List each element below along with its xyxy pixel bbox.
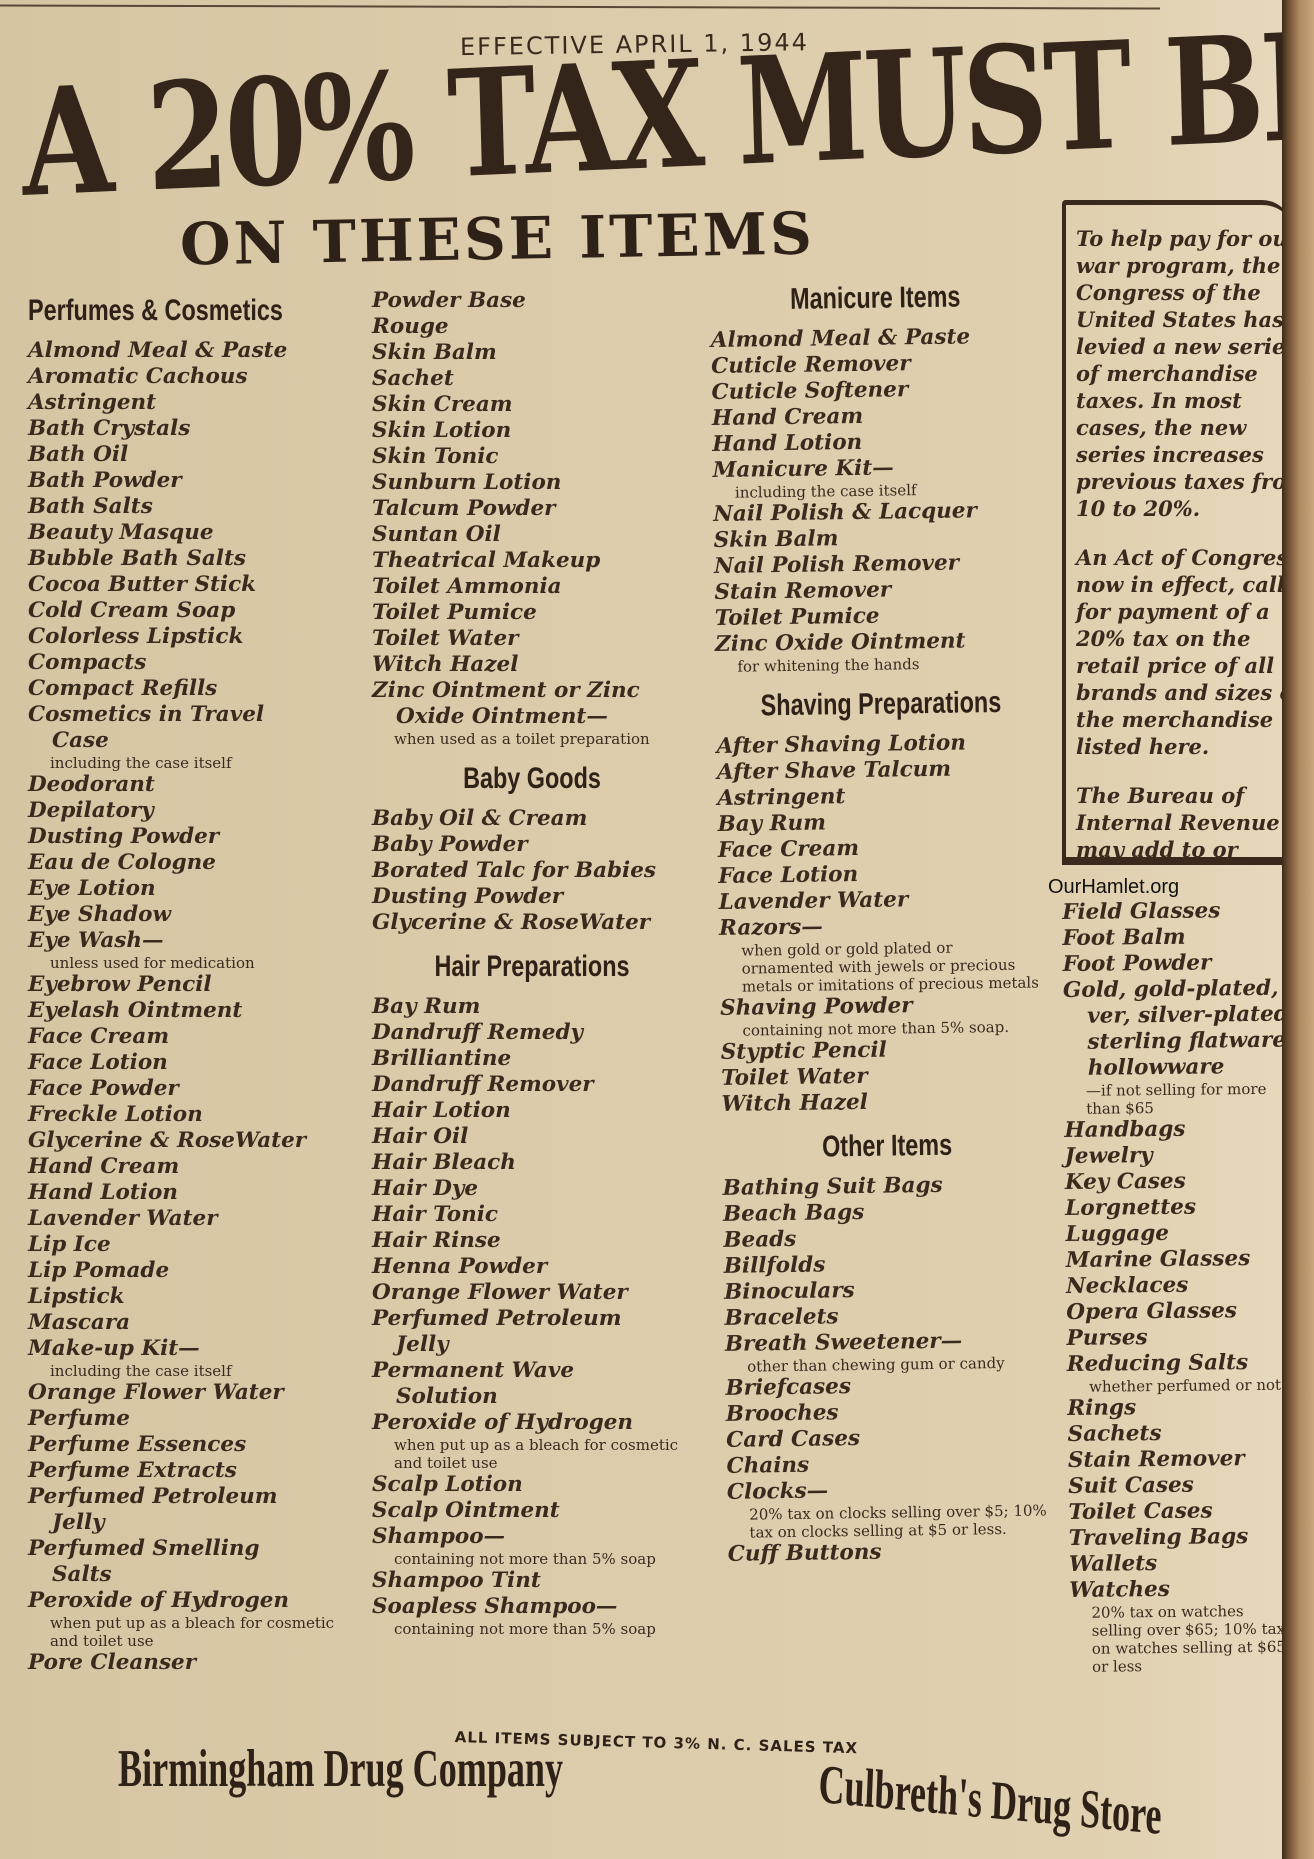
column-1: Perfumes & Cosmetics Almond Meal & Paste… [28, 290, 348, 1676]
list-item: Eyebrow Pencil [28, 972, 348, 998]
item-name: Cuticle Softener [711, 377, 908, 405]
item-name: Pore Cleanser [28, 1650, 196, 1675]
section-title-shaving: Shaving Preparations [752, 686, 1010, 724]
store-name-birmingham: Birmingham Drug Company [118, 1738, 563, 1799]
list-item: Face Cream [28, 1024, 348, 1050]
item-note: including the case itself [28, 1362, 348, 1380]
item-name: Bubble Bath Salts [28, 546, 246, 571]
list-item: Stain Remover [1068, 1446, 1288, 1474]
item-name: Sachets [1067, 1421, 1161, 1447]
list-item: Astringent [28, 390, 348, 416]
item-name: Cuff Buttons [728, 1540, 882, 1567]
list-item: Dandruff Remover [372, 1072, 692, 1098]
item-name: Lavender Water [719, 887, 909, 915]
list-item: Lorgnettes [1065, 1194, 1285, 1222]
item-name: Suntan Oil [372, 522, 501, 547]
item-name: Face Cream [28, 1024, 169, 1049]
item-name: Hair Dye [372, 1176, 478, 1201]
store-name-culbreth: Culbreth's Drug Store [817, 1752, 1162, 1848]
list-item: Orange Flower Water [372, 1280, 692, 1306]
item-list: Powder BaseRougeSkin BalmSachetSkin Crea… [372, 288, 692, 748]
item-note: including the case itself [28, 754, 348, 772]
list-item: Zinc Oxide Ointmentfor whitening the han… [715, 627, 1046, 676]
item-name: Deodorant [28, 772, 155, 797]
list-item: Brilliantine [372, 1046, 692, 1072]
list-item: Traveling Bags [1069, 1524, 1289, 1552]
item-name: Bay Rum [372, 994, 480, 1019]
item-name: Wallets [1069, 1551, 1158, 1577]
item-name: Foot Powder [1063, 950, 1212, 977]
item-name: Purses [1066, 1325, 1147, 1351]
item-name: Astringent [28, 390, 156, 415]
watermark: OurHamlet.org [1048, 876, 1179, 899]
item-name: Witch Hazel [721, 1090, 868, 1117]
list-item: Luggage [1065, 1220, 1285, 1248]
item-name: Glycerine & RoseWater [372, 910, 650, 935]
list-item: Hair Oil [372, 1124, 692, 1150]
item-note: whether perfumed or not [1067, 1376, 1287, 1396]
item-name: Skin Cream [372, 392, 513, 417]
item-name: Powder Base [372, 288, 526, 313]
item-name: Cold Cream Soap [28, 598, 235, 623]
list-item: Depilatory [28, 798, 348, 824]
list-item: Bath Oil [28, 442, 348, 468]
item-name: Shaving Powder [720, 993, 913, 1021]
list-item: Lipstick [28, 1284, 348, 1310]
list-item: Soapless Shampoo—containing not more tha… [372, 1594, 692, 1638]
list-item: Make-up Kit—including the case itself [28, 1336, 348, 1380]
item-name: Perfumed Petroleum [372, 1306, 622, 1331]
list-item: Baby Oil & Cream [372, 806, 692, 832]
item-name: Necklaces [1066, 1273, 1189, 1299]
list-item: Skin Tonic [372, 444, 692, 470]
item-note: when gold or gold plated or ornamented w… [719, 937, 1050, 996]
item-name: Hair Tonic [372, 1202, 498, 1227]
item-name: Eye Wash— [28, 928, 164, 953]
list-item: Cold Cream Soap [28, 598, 348, 624]
list-item: Bath Salts [28, 494, 348, 520]
item-name: Jewelry [1065, 1143, 1153, 1169]
list-item: Razors—when gold or gold plated or ornam… [719, 911, 1050, 996]
list-item: Hair Tonic [372, 1202, 692, 1228]
item-name: Perfume Extracts [28, 1458, 237, 1483]
list-item: Perfumed PetroleumJelly [372, 1306, 692, 1358]
column-3: Manicure Items Almond Meal & PasteCuticl… [710, 275, 1058, 1567]
list-item: Shampoo—containing not more than 5% soap [372, 1524, 692, 1568]
item-name-continued: Case [28, 728, 348, 754]
section-title-other: Other Items [758, 1128, 1016, 1166]
item-name: Stain Remover [1068, 1446, 1245, 1473]
item-name: Borated Talc for Babies [372, 858, 656, 883]
list-item: Suit Cases [1068, 1472, 1288, 1500]
item-name: Eau de Cologne [28, 850, 216, 875]
item-name: Card Cases [726, 1426, 860, 1453]
book-binding-edge [1282, 0, 1314, 1859]
column-4: Field GlassesFoot BalmFoot PowderGold, g… [1062, 898, 1290, 1676]
item-name: Opera Glasses [1066, 1298, 1237, 1325]
item-name: Soapless Shampoo— [372, 1594, 617, 1619]
item-list: Field GlassesFoot BalmFoot PowderGold, g… [1062, 898, 1290, 1676]
item-name: Toilet Pumice [715, 604, 880, 631]
list-item: Glycerine & RoseWater [28, 1128, 348, 1154]
item-name: Brooches [726, 1400, 839, 1427]
item-name: Face Powder [28, 1076, 179, 1101]
item-name: Gold, gold-plated, sil- [1063, 975, 1314, 1003]
item-name: Bracelets [724, 1304, 838, 1331]
list-item: Witch Hazel [721, 1087, 1051, 1118]
list-item: Mascara [28, 1310, 348, 1336]
list-item: Sunburn Lotion [372, 470, 692, 496]
item-name: Dusting Powder [28, 824, 219, 849]
item-list: Almond Meal & PasteCuticle RemoverCuticl… [711, 323, 1046, 676]
info-paragraph: To help pay for our war program, the Con… [1076, 225, 1292, 522]
list-item: Rouge [372, 314, 692, 340]
item-name: Compacts [28, 650, 146, 675]
list-item: Lip Ice [28, 1232, 348, 1258]
section-title-manicure: Manicure Items [746, 280, 1004, 318]
item-name: Face Lotion [718, 862, 858, 889]
item-name: Dandruff Remedy [372, 1020, 583, 1045]
item-name: Handbags [1064, 1117, 1185, 1143]
item-name: Lip Ice [28, 1232, 111, 1257]
item-name: Sachet [372, 366, 454, 391]
item-name-continued: Salts [28, 1562, 348, 1588]
list-item: Jewelry [1065, 1142, 1285, 1170]
item-note: when put up as a bleach for cosmetic and… [28, 1614, 348, 1650]
item-list: After Shaving LotionAfter Shave TalcumAs… [716, 729, 1051, 1118]
list-item: Clocks—20% tax on clocks selling over $5… [727, 1475, 1058, 1542]
item-name: Zinc Oxide Ointment [715, 628, 966, 656]
list-item: Lip Pomade [28, 1258, 348, 1284]
section-title-baby-goods: Baby Goods [407, 762, 657, 796]
item-note: when used as a toilet preparation [372, 730, 692, 748]
list-item: Hand Cream [28, 1154, 348, 1180]
list-item: Reducing Saltswhether perfumed or not [1067, 1350, 1287, 1396]
item-name: Hair Oil [372, 1124, 468, 1149]
list-item: Face Lotion [28, 1050, 348, 1076]
item-name: Almond Meal & Paste [28, 338, 287, 363]
list-item: Compacts [28, 650, 348, 676]
item-name: Skin Tonic [372, 444, 498, 469]
list-item: Hair Dye [372, 1176, 692, 1202]
list-item: Scalp Lotion [372, 1472, 692, 1498]
list-item: Dusting Powder [28, 824, 348, 850]
subheadline: ON THESE ITEMS [179, 199, 815, 278]
item-name: Rings [1067, 1395, 1136, 1421]
item-list: Almond Meal & PasteAromatic CachousAstri… [28, 338, 348, 1676]
item-name: Hair Lotion [372, 1098, 511, 1123]
list-item: Key Cases [1065, 1168, 1285, 1196]
item-name: Theatrical Makeup [372, 548, 600, 573]
item-list: Baby Oil & CreamBaby PowderBorated Talc … [372, 806, 692, 936]
item-name: Lavender Water [28, 1206, 218, 1231]
list-item: Permanent WaveSolution [372, 1358, 692, 1410]
list-item: Perfume [28, 1406, 348, 1432]
item-name: Perfumed Petroleum [28, 1484, 278, 1509]
list-item: Toilet Pumice [372, 600, 692, 626]
item-name-continued: Solution [372, 1384, 692, 1410]
list-item: Peroxide of Hydrogenwhen put up as a ble… [28, 1588, 348, 1650]
list-item: Perfume Extracts [28, 1458, 348, 1484]
list-item: Skin Balm [372, 340, 692, 366]
item-name: Nail Polish Remover [714, 551, 959, 579]
list-item: Field Glasses [1062, 898, 1282, 926]
item-name: Make-up Kit— [28, 1336, 200, 1361]
list-item: Bubble Bath Salts [28, 546, 348, 572]
item-name: Eyebrow Pencil [28, 972, 212, 997]
item-name: Lipstick [28, 1284, 125, 1309]
item-name: Eyelash Ointment [28, 998, 242, 1023]
item-name-continued: Oxide Ointment— [372, 704, 692, 730]
item-name: Talcum Powder [372, 496, 555, 521]
item-name: Toilet Water [372, 626, 518, 651]
item-name: Billfolds [724, 1252, 826, 1278]
top-rule-divider [0, 4, 1160, 9]
list-item: Bay Rum [372, 994, 692, 1020]
item-name: Foot Balm [1062, 925, 1185, 951]
item-name: Razors— [719, 914, 823, 940]
item-name: Perfume [28, 1406, 130, 1431]
list-item: Zinc Ointment or ZincOxide Ointment—when… [372, 678, 692, 748]
list-item: Purses [1066, 1324, 1286, 1352]
list-item: Toilet Cases [1068, 1498, 1288, 1526]
item-name: Hair Bleach [372, 1150, 516, 1175]
item-name: Shampoo— [372, 1524, 505, 1549]
item-name: Toilet Cases [1068, 1498, 1212, 1525]
item-name: Orange Flower Water [372, 1280, 628, 1305]
list-item: Theatrical Makeup [372, 548, 692, 574]
item-name: Suit Cases [1068, 1473, 1194, 1499]
item-name: Henna Powder [372, 1254, 547, 1279]
item-name: Astringent [717, 784, 845, 811]
list-item: Beauty Masque [28, 520, 348, 546]
list-item: Eye Shadow [28, 902, 348, 928]
item-name: Depilatory [28, 798, 154, 823]
item-name: Key Cases [1065, 1169, 1186, 1195]
item-name: Toilet Ammonia [372, 574, 562, 599]
item-name: Toilet Water [721, 1064, 868, 1091]
list-item: Glycerine & RoseWater [372, 910, 692, 936]
list-item: Lavender Water [28, 1206, 348, 1232]
item-name: Beads [723, 1227, 796, 1253]
list-item: Scalp Ointment [372, 1498, 692, 1524]
item-name: Peroxide of Hydrogen [372, 1410, 633, 1435]
item-name: After Shave Talcum [717, 757, 952, 785]
list-item: Eye Wash—unless used for medication [28, 928, 348, 972]
section-title-perfumes: Perfumes & Cosmetics [28, 294, 278, 328]
item-name: Orange Flower Water [28, 1380, 284, 1405]
item-name: Hand Lotion [712, 430, 862, 457]
item-name: Perfumed Smelling [28, 1536, 260, 1561]
item-name: Baby Oil & Cream [372, 806, 587, 831]
list-item: Toilet Ammonia [372, 574, 692, 600]
item-name: Clocks— [727, 1478, 829, 1504]
item-name-continued: Jelly [372, 1332, 692, 1358]
item-name: Beauty Masque [28, 520, 214, 545]
item-name: Skin Lotion [372, 418, 511, 443]
item-name: Freckle Lotion [28, 1102, 203, 1127]
item-name: Glycerine & RoseWater [28, 1128, 306, 1153]
list-item: Hair Lotion [372, 1098, 692, 1124]
item-name: Traveling Bags [1069, 1524, 1249, 1551]
item-name: Binoculars [724, 1278, 855, 1305]
item-name: Sunburn Lotion [372, 470, 561, 495]
list-item: Eyelash Ointment [28, 998, 348, 1024]
list-item: Skin Cream [372, 392, 692, 418]
item-name: Perfume Essences [28, 1432, 246, 1457]
item-name: Peroxide of Hydrogen [28, 1588, 289, 1613]
list-item: Aromatic Cachous [28, 364, 348, 390]
column-2: Powder BaseRougeSkin BalmSachetSkin Crea… [372, 288, 692, 1638]
item-note: —if not selling for more than $65 [1064, 1080, 1284, 1118]
list-item: Skin Lotion [372, 418, 692, 444]
list-item: Suntan Oil [372, 522, 692, 548]
item-name: Breath Sweetener— [725, 1329, 963, 1357]
item-name: Stain Remover [714, 578, 891, 605]
item-name: Scalp Lotion [372, 1472, 523, 1497]
item-name: Baby Powder [372, 832, 528, 857]
list-item: Wallets [1069, 1550, 1289, 1578]
list-item: Shaving Powdercontaining not more than 5… [720, 991, 1051, 1040]
list-item: Dusting Powder [372, 884, 692, 910]
item-note: containing not more than 5% soap [372, 1620, 692, 1638]
info-box: To help pay for our war program, the Con… [1062, 200, 1292, 865]
list-item: Opera Glasses [1066, 1298, 1286, 1326]
item-name: Nail Polish & Lacquer [713, 498, 977, 527]
list-item: Talcum Powder [372, 496, 692, 522]
item-name: Witch Hazel [372, 652, 518, 677]
item-name: Marine Glasses [1066, 1246, 1251, 1273]
list-item: Borated Talc for Babies [372, 858, 692, 884]
item-name: Compact Refills [28, 676, 217, 701]
item-name: Almond Meal & Paste [711, 324, 971, 353]
list-item: Cocoa Butter Stick [28, 572, 348, 598]
item-name: Cocoa Butter Stick [28, 572, 256, 597]
list-item: Colorless Lipstick [28, 624, 348, 650]
list-item: Face Powder [28, 1076, 348, 1102]
item-name: Reducing Salts [1067, 1350, 1249, 1377]
list-item: Almond Meal & Paste [28, 338, 348, 364]
list-item: Eau de Cologne [28, 850, 348, 876]
item-name: Watches [1069, 1577, 1170, 1603]
item-name: Dusting Powder [372, 884, 563, 909]
item-name: Dandruff Remover [372, 1072, 594, 1097]
list-item: Deodorant [28, 772, 348, 798]
item-note: for whitening the hands [715, 653, 1045, 676]
item-name: Styptic Pencil [721, 1038, 887, 1065]
item-name: Field Glasses [1062, 898, 1221, 925]
info-paragraph: The Bureau of Internal Revenue may add t… [1076, 782, 1292, 865]
list-item: Freckle Lotion [28, 1102, 348, 1128]
list-item: Perfume Essences [28, 1432, 348, 1458]
item-name: Hand Lotion [28, 1180, 178, 1205]
item-name: Bath Powder [28, 468, 182, 493]
item-name: Toilet Pumice [372, 600, 537, 625]
item-name: Brilliantine [372, 1046, 511, 1071]
list-item: Bath Crystals [28, 416, 348, 442]
item-note: containing not more than 5% soap [372, 1550, 692, 1568]
item-name: Manicure Kit— [712, 455, 893, 483]
item-name: Skin Balm [713, 526, 838, 553]
item-name: Colorless Lipstick [28, 624, 243, 649]
item-name-continued: hollowware [1064, 1054, 1284, 1082]
list-item: Hair Rinse [372, 1228, 692, 1254]
item-name: Bath Oil [28, 442, 128, 467]
item-name-continued: sterling flatware or [1063, 1028, 1283, 1056]
item-name: Chains [726, 1453, 809, 1479]
item-list: Bathing Suit BagsBeach BagsBeadsBillfold… [723, 1171, 1058, 1568]
item-name: Eye Lotion [28, 876, 156, 901]
item-list: Bay RumDandruff RemedyBrilliantineDandru… [372, 994, 692, 1638]
item-name: Zinc Ointment or Zinc [372, 678, 640, 703]
item-name: Cosmetics in Travel [28, 702, 264, 727]
list-item: Shampoo Tint [372, 1568, 692, 1594]
list-item: Hand Lotion [28, 1180, 348, 1206]
list-item: Henna Powder [372, 1254, 692, 1280]
list-item: Perfumed PetroleumJelly [28, 1484, 348, 1536]
list-item: Manicure Kit—including the case itself [712, 453, 1043, 502]
item-note: unless used for medication [28, 954, 348, 972]
list-item: Rings [1067, 1394, 1287, 1422]
item-name: Lip Pomade [28, 1258, 169, 1283]
item-name: Bathing Suit Bags [723, 1173, 943, 1201]
item-name: Permanent Wave [372, 1358, 574, 1383]
list-item: Dandruff Remedy [372, 1020, 692, 1046]
newspaper-page: EFFECTIVE APRIL 1, 1944 A 20% TAX MUST B… [0, 0, 1282, 1859]
list-item: Cuff Buttons [728, 1537, 1058, 1568]
list-item: Peroxide of Hydrogenwhen put up as a ble… [372, 1410, 692, 1472]
item-name: Bay Rum [717, 810, 826, 837]
item-name: Hair Rinse [372, 1228, 501, 1253]
list-item: Watches20% tax on watches selling over $… [1069, 1576, 1290, 1676]
item-name-continued: Jelly [28, 1510, 348, 1536]
headline: A 20% TAX MUST BE PAID [20, 13, 1314, 217]
item-name: Aromatic Cachous [28, 364, 248, 389]
item-name: Mascara [28, 1310, 130, 1335]
item-name: Eye Shadow [28, 902, 171, 927]
list-item: Orange Flower Water [28, 1380, 348, 1406]
item-name: Cuticle Remover [711, 351, 911, 379]
item-name: Bath Salts [28, 494, 153, 519]
section-title-hair: Hair Preparations [407, 950, 657, 984]
list-item: Sachet [372, 366, 692, 392]
item-note: when put up as a bleach for cosmetic and… [372, 1436, 692, 1472]
list-item: Foot Balm [1062, 924, 1282, 952]
item-name: Briefcases [725, 1374, 851, 1401]
list-item: Gold, gold-plated, sil-ver, silver-plate… [1063, 976, 1284, 1118]
list-item: Marine Glasses [1066, 1246, 1286, 1274]
item-name: After Shaving Lotion [716, 730, 966, 758]
list-item: Perfumed SmellingSalts [28, 1536, 348, 1588]
list-item: Foot Powder [1063, 950, 1283, 978]
item-note: 20% tax on clocks selling over $5; 10% t… [727, 1501, 1057, 1542]
list-item: Witch Hazel [372, 652, 692, 678]
list-item: Powder Base [372, 288, 692, 314]
item-name-continued: ver, silver-plated, ster- [1063, 1002, 1283, 1030]
item-name: Bath Crystals [28, 416, 190, 441]
list-item: Necklaces [1066, 1272, 1286, 1300]
list-item: Eye Lotion [28, 876, 348, 902]
item-name: Skin Balm [372, 340, 497, 365]
list-item: Cosmetics in TravelCaseincluding the cas… [28, 702, 348, 772]
list-item: Pore Cleanser [28, 1650, 348, 1676]
item-name: Shampoo Tint [372, 1568, 541, 1593]
item-name: Face Cream [718, 836, 859, 863]
list-item: Hair Bleach [372, 1150, 692, 1176]
list-item: Toilet Water [372, 626, 692, 652]
list-item: Breath Sweetener—other than chewing gum … [725, 1327, 1056, 1376]
item-name: Beach Bags [723, 1200, 865, 1227]
